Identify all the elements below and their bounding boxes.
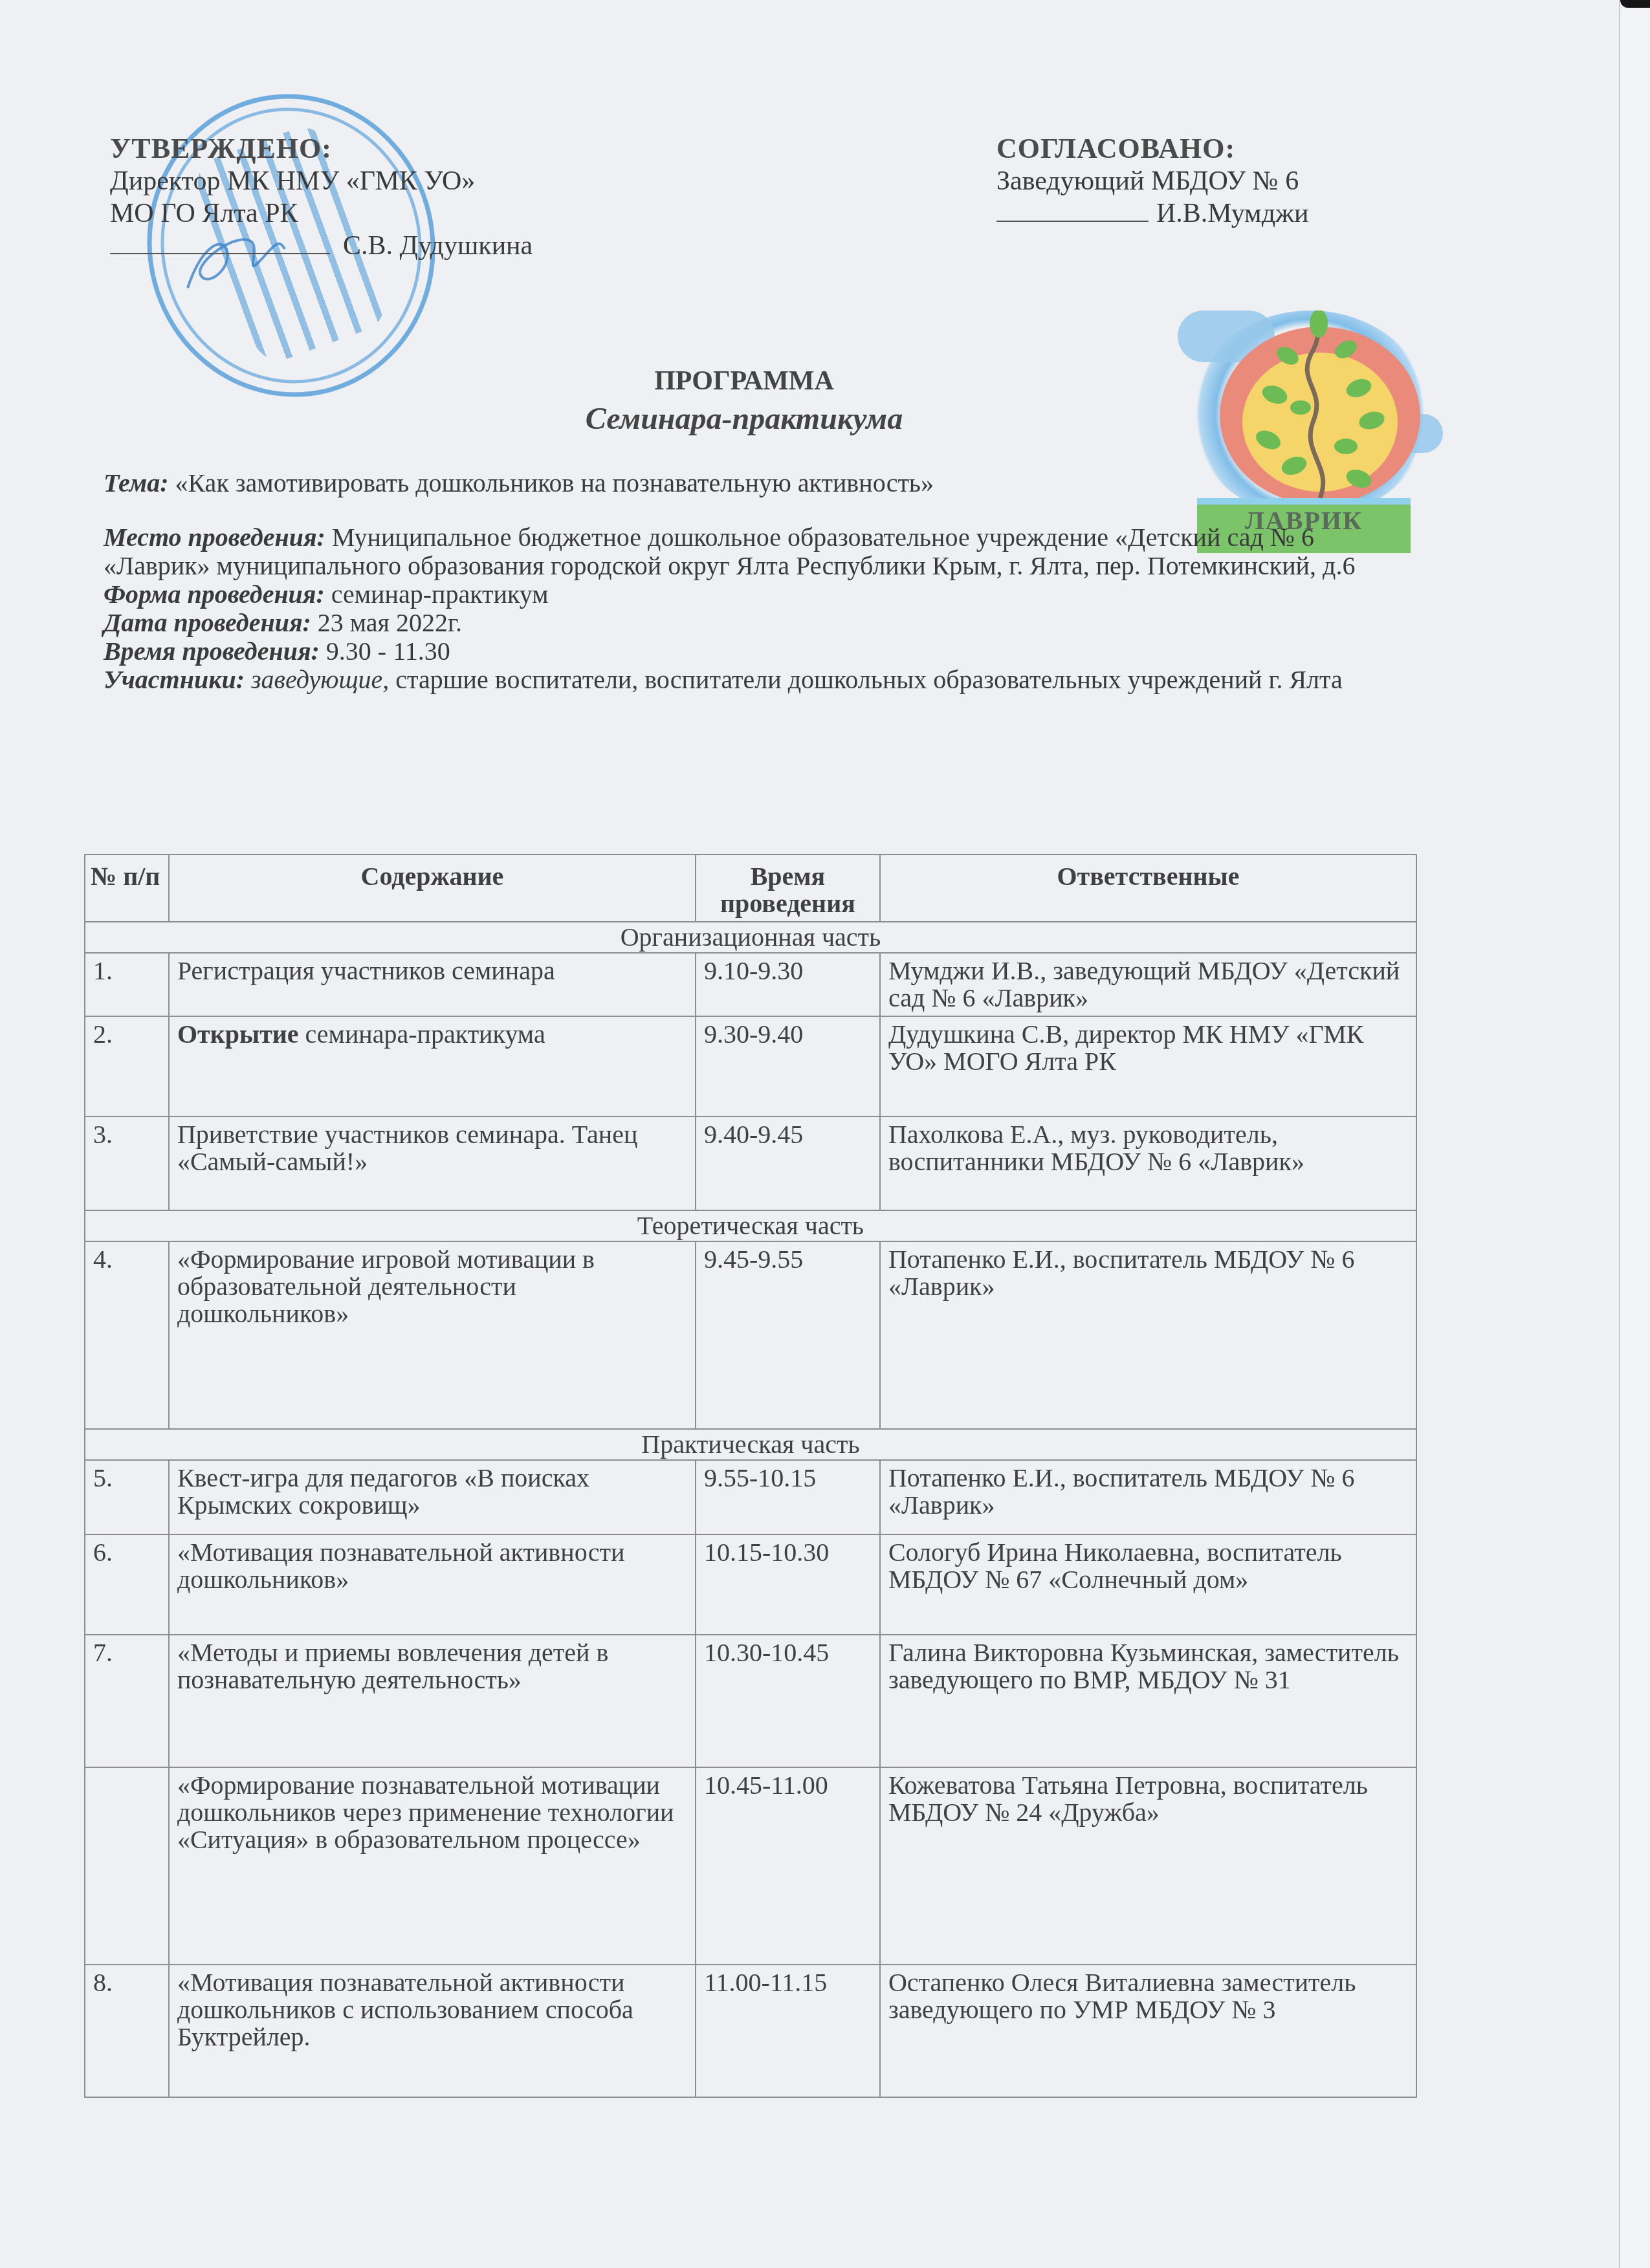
table-row: 3.Приветствие участников семинара. Танец… xyxy=(85,1117,1416,1210)
approval-line2: МО ГО Ялта РК xyxy=(110,197,533,230)
header-content: Содержание xyxy=(169,855,696,922)
table-row: 1.Регистрация участников семинара9.10-9.… xyxy=(85,953,1416,1016)
row-content: «Формирование познавательной мотивации д… xyxy=(169,1767,696,1965)
row-responsible: Пахолкова Е.А., муз. руководитель, воспи… xyxy=(880,1117,1416,1210)
row-responsible: Потапенко Е.И., воспитатель МБДОУ № 6 «Л… xyxy=(880,1241,1416,1429)
row-responsible: Кожеватова Татьяна Петровна, воспитатель… xyxy=(880,1767,1416,1965)
row-time: 9.55-10.15 xyxy=(696,1460,880,1534)
table-row: 4.«Формирование игровой мотивации в обра… xyxy=(85,1241,1416,1429)
row-time: 11.00-11.15 xyxy=(696,1965,880,2097)
row-content: Регистрация участников семинара xyxy=(169,953,696,1016)
section-title: Теоретическая часть xyxy=(85,1210,1416,1241)
header-responsible: Ответственные xyxy=(880,855,1416,922)
row-time: 9.45-9.55 xyxy=(696,1241,880,1429)
row-num: 5. xyxy=(85,1460,169,1534)
row-responsible: Галина Викторовна Кузьминская, заместите… xyxy=(880,1635,1416,1767)
approval-block: УТВЕРЖДЕНО: Директор МК НМУ «ГМК УО» МО … xyxy=(110,133,533,262)
program-subtitle: Семинара-практикума xyxy=(0,401,1488,437)
section-row: Теоретическая часть xyxy=(85,1210,1416,1241)
date: Дата проведения: 23 мая 2022г. xyxy=(104,609,1398,637)
table-row: 6.«Мотивация познавательной активности д… xyxy=(85,1534,1416,1635)
row-num: 4. xyxy=(85,1241,169,1429)
row-content: «Методы и приемы вовлечения детей в позн… xyxy=(169,1635,696,1767)
row-content: Приветствие участников семинара. Танец «… xyxy=(169,1117,696,1210)
row-num: 3. xyxy=(85,1117,169,1210)
row-content: «Мотивация познавательной активности дош… xyxy=(169,1534,696,1635)
row-responsible: Остапенко Олеся Виталиевна заместитель з… xyxy=(880,1965,1416,2097)
section-title: Организационная часть xyxy=(85,922,1416,953)
section-row: Практическая часть xyxy=(85,1429,1416,1460)
row-time: 10.15-10.30 xyxy=(696,1534,880,1635)
row-responsible: Дудушкина С.В, директор МК НМУ «ГМК УО» … xyxy=(880,1016,1416,1117)
form: Форма проведения: семинар-практикум xyxy=(104,580,1398,609)
row-responsible: Мумджи И.В., заведующий МБДОУ «Детский с… xyxy=(880,953,1416,1016)
row-content: Открытие семинара-практикума xyxy=(169,1016,696,1117)
agreement-heading: СОГЛАСОВАНО: xyxy=(996,133,1309,165)
approval-signer: С.В. Дудушкина xyxy=(343,231,533,261)
table-row: 7.«Методы и приемы вовлечения детей в по… xyxy=(85,1635,1416,1767)
scanner-edge xyxy=(1619,0,1650,2268)
row-num: 8. xyxy=(85,1965,169,2097)
row-content: «Формирование игровой мотивации в образо… xyxy=(169,1241,696,1429)
agreement-block: СОГЛАСОВАНО: Заведующий МБДОУ № 6 И.В.Му… xyxy=(996,133,1309,230)
row-time: 9.40-9.45 xyxy=(696,1117,880,1210)
row-responsible: Сологуб Ирина Николаевна, воспитатель МБ… xyxy=(880,1534,1416,1635)
approval-heading: УТВЕРЖДЕНО: xyxy=(110,133,533,165)
row-time: 10.30-10.45 xyxy=(696,1635,880,1767)
table-row: 8.«Мотивация познавательной активности д… xyxy=(85,1965,1416,2097)
table-row: «Формирование познавательной мотивации д… xyxy=(85,1767,1416,1965)
row-num: 7. xyxy=(85,1635,169,1767)
row-time: 9.10-9.30 xyxy=(696,953,880,1016)
participants: Участники: заведующие, старшие воспитате… xyxy=(104,666,1398,694)
place: Место проведения: Муниципальное бюджетно… xyxy=(104,523,1398,580)
row-content: «Мотивация познавательной активности дош… xyxy=(169,1965,696,2097)
row-time: 10.45-11.00 xyxy=(696,1767,880,1965)
row-num: 1. xyxy=(85,953,169,1016)
agreement-signer: И.В.Мумджи xyxy=(1156,199,1309,228)
row-time: 9.30-9.40 xyxy=(696,1016,880,1117)
table-row: 5.Квест-игра для педагогов «В поисках Кр… xyxy=(85,1460,1416,1534)
row-num: 6. xyxy=(85,1534,169,1635)
row-num xyxy=(85,1767,169,1965)
row-num: 2. xyxy=(85,1016,169,1117)
header-time: Время проведения xyxy=(696,855,880,922)
section-title: Практическая часть xyxy=(85,1429,1416,1460)
row-responsible: Потапенко Е.И., воспитатель МБДОУ № 6 «Л… xyxy=(880,1460,1416,1534)
topic: Тема: «Как замотивировать дошкольников н… xyxy=(104,469,1398,497)
program-title: ПРОГРАММА xyxy=(0,365,1488,397)
signature-line xyxy=(110,253,330,254)
seminar-info: Тема: «Как замотивировать дошкольников н… xyxy=(104,469,1398,694)
program-table: № п/п Содержание Время проведения Ответс… xyxy=(84,854,1417,2098)
section-row: Организационная часть xyxy=(85,922,1416,953)
approval-line1: Директор МК НМУ «ГМК УО» xyxy=(110,165,533,197)
table-row: 2.Открытие семинара-практикума9.30-9.40Д… xyxy=(85,1016,1416,1117)
table-header: № п/п Содержание Время проведения Ответс… xyxy=(85,855,1416,922)
time: Время проведения: 9.30 - 11.30 xyxy=(104,637,1398,666)
header-num: № п/п xyxy=(85,855,169,922)
agreement-line1: Заведующий МБДОУ № 6 xyxy=(996,165,1309,197)
row-content: Квест-игра для педагогов «В поисках Крым… xyxy=(169,1460,696,1534)
signature-line xyxy=(996,221,1149,222)
